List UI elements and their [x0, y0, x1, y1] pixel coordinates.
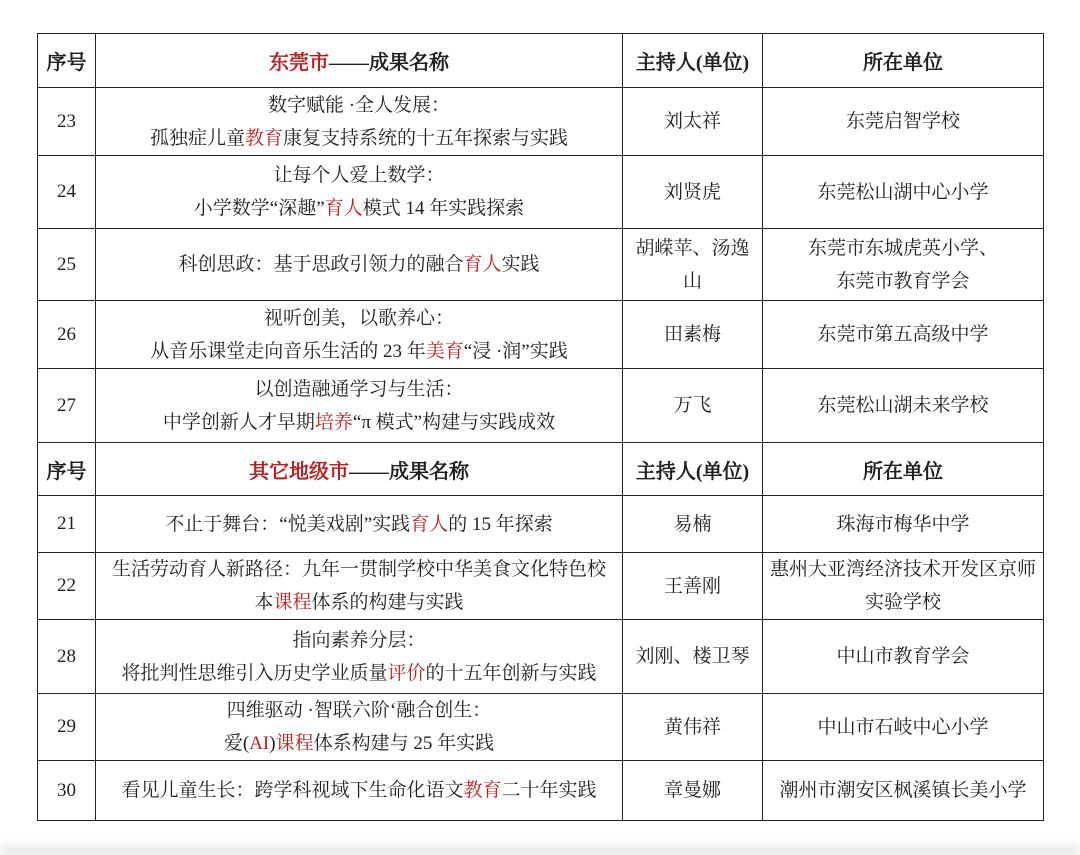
host-name: 胡嵘苹、汤逸山 — [629, 232, 756, 298]
title-text: 二十年实践 — [502, 780, 597, 801]
highlighted-keyword: 育人 — [325, 198, 363, 219]
host-name: 易楠 — [629, 508, 756, 541]
achievement-title-cell: 看见儿童生长：跨学科视域下生命化语文教育二十年实践 — [96, 761, 623, 821]
unit-cell: 潮州市潮安区枫溪镇长美小学 — [763, 761, 1044, 821]
unit-cell: 东莞启智学校 — [763, 88, 1044, 156]
unit-cell: 东莞松山湖未来学校 — [763, 369, 1044, 443]
highlighted-keyword: 育人 — [410, 514, 448, 535]
achievement-title-cell: 生活劳动育人新路径：九年一贯制学校中华美食文化特色校本课程体系的构建与实践 — [96, 553, 623, 620]
unit-name-line: 潮州市潮安区枫溪镇长美小学 — [769, 774, 1037, 807]
title-text: “浸 ·润”实践 — [464, 341, 568, 362]
table-row-25: 25科创思政：基于思政引领力的融合育人实践胡嵘苹、汤逸山东莞市东城虎英小学、东莞… — [38, 229, 1044, 301]
table-row-24: 24让每个人爱上数学：小学数学“深趣”育人模式 14 年实践探索刘贤虎东莞松山湖… — [38, 156, 1044, 229]
highlighted-keyword: 教育 — [463, 780, 501, 801]
index-column-header: 序号 — [38, 34, 96, 88]
host-cell: 刘太祥 — [623, 88, 763, 156]
title-text: 视听创美，以歌养心： — [264, 308, 454, 329]
host-cell: 刘刚、楼卫琴 — [623, 620, 763, 694]
unit-cell: 中山市石岐中心小学 — [763, 694, 1044, 761]
host-cell: 胡嵘苹、汤逸山 — [623, 229, 763, 301]
title-text: 不止于舞台：“悦美戏剧”实践 — [165, 514, 410, 535]
highlighted-keyword: 评价 — [387, 663, 425, 684]
achievement-title-line: 视听创美，以歌养心： — [102, 302, 616, 335]
achievement-title-line: 将批判性思维引入历史学业质量评价的十五年创新与实践 — [102, 657, 616, 690]
city-group-label: 其它地级市 — [249, 461, 349, 483]
unit-cell: 惠州大亚湾经济技术开发区京师实验学校 — [763, 553, 1044, 620]
title-text: 实践 — [502, 254, 540, 275]
unit-column-header: 所在单位 — [763, 443, 1044, 496]
unit-cell: 东莞松山湖中心小学 — [763, 156, 1044, 229]
name-column-label: ——成果名称 — [329, 52, 449, 74]
table-row-29: 29四维驱动 ·智联六阶‘融合创生：爱(AI)课程体系构建与 25 年实践黄伟祥… — [38, 694, 1044, 761]
highlighted-keyword: 教育 — [245, 128, 283, 149]
achievement-title-line: 让每个人爱上数学： — [102, 159, 616, 192]
title-text: 的十五年创新与实践 — [426, 663, 597, 684]
host-cell: 章曼娜 — [623, 761, 763, 821]
host-name: 黄伟祥 — [629, 711, 756, 744]
title-text: 康复支持系统的十五年探索与实践 — [283, 128, 568, 149]
title-text: 模式 14 年实践探索 — [363, 198, 525, 219]
title-text: 体系构建与 25 年实践 — [314, 733, 495, 754]
achievement-title-line: 本课程体系的构建与实践 — [102, 586, 616, 619]
achievement-title-line: 小学数学“深趣”育人模式 14 年实践探索 — [102, 192, 616, 225]
table-row-28: 28指向素养分层：将批判性思维引入历史学业质量评价的十五年创新与实践刘刚、楼卫琴… — [38, 620, 1044, 694]
unit-name-line: 东莞松山湖未来学校 — [769, 389, 1037, 422]
achievement-title-cell: 视听创美，以歌养心：从音乐课堂走向音乐生活的 23 年美育“浸 ·润”实践 — [96, 301, 623, 369]
section-header-row-other-cities: 序号其它地级市——成果名称主持人(单位)所在单位 — [38, 443, 1044, 496]
highlighted-keyword: 课程 — [273, 592, 311, 613]
table-row-26: 26视听创美，以歌养心：从音乐课堂走向音乐生活的 23 年美育“浸 ·润”实践田… — [38, 301, 1044, 369]
unit-cell: 东莞市东城虎英小学、东莞市教育学会 — [763, 229, 1044, 301]
highlighted-keyword: AI — [249, 733, 269, 754]
row-index-cell: 28 — [38, 620, 96, 694]
unit-name-line: 东莞市第五高级中学 — [769, 318, 1037, 351]
unit-cell: 珠海市梅华中学 — [763, 496, 1044, 553]
host-name: 章曼娜 — [629, 774, 756, 807]
title-text: 以创造融通学习与生活： — [254, 379, 463, 400]
unit-name-line: 东莞市教育学会 — [769, 265, 1037, 298]
unit-name-line: 珠海市梅华中学 — [769, 508, 1037, 541]
host-cell: 田素梅 — [623, 301, 763, 369]
host-cell: 黄伟祥 — [623, 694, 763, 761]
unit-name-line: 惠州大亚湾经济技术开发区京师 — [769, 553, 1037, 586]
achievement-name-column-header: 东莞市——成果名称 — [96, 34, 623, 88]
achievement-title-line: 看见儿童生长：跨学科视域下生命化语文教育二十年实践 — [102, 774, 616, 807]
table-row-27: 27以创造融通学习与生活：中学创新人才早期培养“π 模式”构建与实践成效万飞东莞… — [38, 369, 1044, 443]
host-column-header: 主持人(单位) — [623, 443, 763, 496]
achievement-title-cell: 指向素养分层：将批判性思维引入历史学业质量评价的十五年创新与实践 — [96, 620, 623, 694]
title-text: 的 15 年探索 — [448, 514, 553, 535]
achievement-title-cell: 让每个人爱上数学：小学数学“深趣”育人模式 14 年实践探索 — [96, 156, 623, 229]
achievement-title-cell: 科创思政：基于思政引领力的融合育人实践 — [96, 229, 623, 301]
achievement-title-line: 指向素养分层： — [102, 624, 616, 657]
title-text: 生活劳动育人新路径：九年一贯制学校中华美食文化特色校 — [112, 559, 606, 580]
host-name: 刘刚、楼卫琴 — [629, 640, 756, 673]
row-index-cell: 29 — [38, 694, 96, 761]
section-header-row-dongguan: 序号东莞市——成果名称主持人(单位)所在单位 — [38, 34, 1044, 88]
unit-name-line: 东莞市东城虎英小学、 — [769, 232, 1037, 265]
title-text: 科创思政：基于思政引领力的融合 — [178, 254, 463, 275]
host-name: 刘贤虎 — [629, 176, 756, 209]
table-row-23: 23数字赋能 ·全人发展：孤独症儿童教育康复支持系统的十五年探索与实践刘太祥东莞… — [38, 88, 1044, 156]
highlighted-keyword: 美育 — [426, 341, 464, 362]
host-column-header: 主持人(单位) — [623, 34, 763, 88]
host-cell: 刘贤虎 — [623, 156, 763, 229]
host-name: 王善刚 — [629, 570, 756, 603]
title-text: 本 — [254, 592, 273, 613]
table-row-21: 21不止于舞台：“悦美戏剧”实践育人的 15 年探索易楠珠海市梅华中学 — [38, 496, 1044, 553]
row-index-cell: 25 — [38, 229, 96, 301]
achievements-table-body: 序号东莞市——成果名称主持人(单位)所在单位23数字赋能 ·全人发展：孤独症儿童… — [38, 34, 1044, 821]
title-text: 将批判性思维引入历史学业质量 — [121, 663, 387, 684]
title-text: 爱( — [224, 733, 249, 754]
title-text: 数字赋能 ·全人发展： — [268, 95, 450, 116]
title-text: “π 模式”构建与实践成效 — [353, 412, 555, 433]
host-cell: 万飞 — [623, 369, 763, 443]
achievement-title-line: 从音乐课堂走向音乐生活的 23 年美育“浸 ·润”实践 — [102, 335, 616, 368]
row-index-cell: 27 — [38, 369, 96, 443]
index-column-header: 序号 — [38, 443, 96, 496]
title-text: 四维驱动 ·智联六阶‘融合创生： — [227, 700, 491, 721]
unit-cell: 东莞市第五高级中学 — [763, 301, 1044, 369]
unit-column-header: 所在单位 — [763, 34, 1044, 88]
table-row-22: 22生活劳动育人新路径：九年一贯制学校中华美食文化特色校本课程体系的构建与实践王… — [38, 553, 1044, 620]
unit-name-line: 中山市教育学会 — [769, 640, 1037, 673]
achievement-title-line: 科创思政：基于思政引领力的融合育人实践 — [102, 248, 616, 281]
host-cell: 王善刚 — [623, 553, 763, 620]
achievements-table: 序号东莞市——成果名称主持人(单位)所在单位23数字赋能 ·全人发展：孤独症儿童… — [37, 33, 1044, 821]
achievement-title-line: 孤独症儿童教育康复支持系统的十五年探索与实践 — [102, 122, 616, 155]
highlighted-keyword: 课程 — [276, 733, 314, 754]
row-index-cell: 22 — [38, 553, 96, 620]
achievement-title-cell: 四维驱动 ·智联六阶‘融合创生：爱(AI)课程体系构建与 25 年实践 — [96, 694, 623, 761]
title-text: 体系的构建与实践 — [312, 592, 464, 613]
host-name: 万飞 — [629, 389, 756, 422]
achievement-title-line: 爱(AI)课程体系构建与 25 年实践 — [102, 727, 616, 760]
achievement-title-cell: 不止于舞台：“悦美戏剧”实践育人的 15 年探索 — [96, 496, 623, 553]
title-text: 小学数学“深趣” — [194, 198, 325, 219]
unit-name-line: 实验学校 — [769, 586, 1037, 619]
highlighted-keyword: 育人 — [463, 254, 501, 275]
row-index-cell: 30 — [38, 761, 96, 821]
title-text: 中学创新人才早期 — [163, 412, 315, 433]
achievement-title-line: 数字赋能 ·全人发展： — [102, 89, 616, 122]
achievement-title-line: 中学创新人才早期培养“π 模式”构建与实践成效 — [102, 406, 616, 439]
unit-cell: 中山市教育学会 — [763, 620, 1044, 694]
achievement-title-cell: 数字赋能 ·全人发展：孤独症儿童教育康复支持系统的十五年探索与实践 — [96, 88, 623, 156]
row-index-cell: 26 — [38, 301, 96, 369]
row-index-cell: 23 — [38, 88, 96, 156]
achievement-title-line: 四维驱动 ·智联六阶‘融合创生： — [102, 694, 616, 727]
title-text: 看见儿童生长：跨学科视域下生命化语文 — [121, 780, 463, 801]
row-index-cell: 21 — [38, 496, 96, 553]
achievement-title-cell: 以创造融通学习与生活：中学创新人才早期培养“π 模式”构建与实践成效 — [96, 369, 623, 443]
host-name: 田素梅 — [629, 318, 756, 351]
host-cell: 易楠 — [623, 496, 763, 553]
name-column-label: ——成果名称 — [349, 461, 469, 483]
row-index-cell: 24 — [38, 156, 96, 229]
city-group-label: 东莞市 — [269, 52, 329, 74]
achievement-name-column-header: 其它地级市——成果名称 — [96, 443, 623, 496]
table-row-30: 30看见儿童生长：跨学科视域下生命化语文教育二十年实践章曼娜潮州市潮安区枫溪镇长… — [38, 761, 1044, 821]
unit-name-line: 东莞松山湖中心小学 — [769, 176, 1037, 209]
title-text: 孤独症儿童 — [150, 128, 245, 149]
highlighted-keyword: 培养 — [315, 412, 353, 433]
unit-name-line: 中山市石岐中心小学 — [769, 711, 1037, 744]
document-page: 序号东莞市——成果名称主持人(单位)所在单位23数字赋能 ·全人发展：孤独症儿童… — [0, 0, 1080, 855]
title-text: 让每个人爱上数学： — [273, 165, 444, 186]
achievement-title-line: 不止于舞台：“悦美戏剧”实践育人的 15 年探索 — [102, 508, 616, 541]
achievement-title-line: 生活劳动育人新路径：九年一贯制学校中华美食文化特色校 — [102, 553, 616, 586]
achievement-title-line: 以创造融通学习与生活： — [102, 373, 616, 406]
page-bottom-shade — [0, 839, 1080, 855]
title-text: 从音乐课堂走向音乐生活的 23 年 — [150, 341, 426, 362]
title-text: 指向素养分层： — [292, 630, 425, 651]
unit-name-line: 东莞启智学校 — [769, 105, 1037, 138]
host-name: 刘太祥 — [629, 105, 756, 138]
